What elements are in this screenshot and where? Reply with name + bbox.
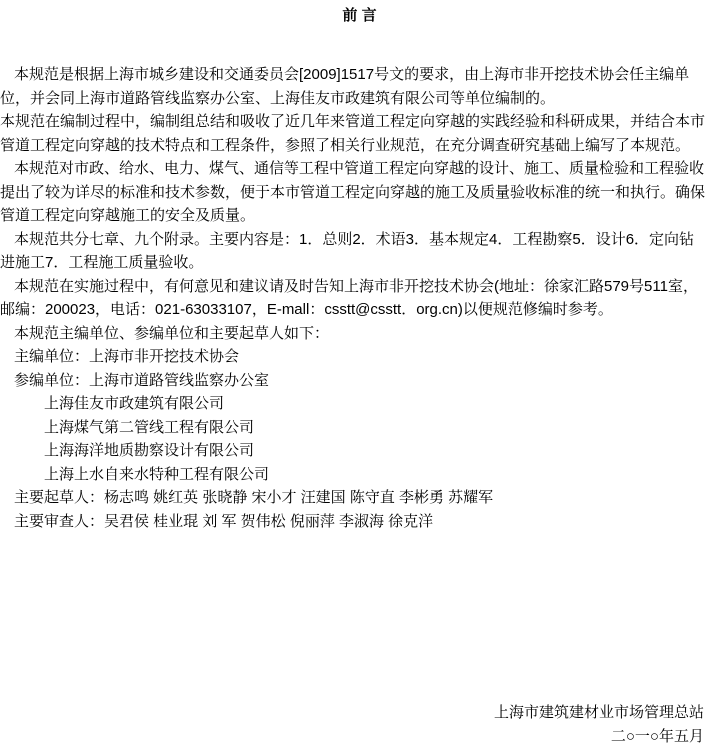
paragraph-scope: 本规范对市政、给水、电力、煤气、通信等工程中管道工程定向穿越的设计、施工、质量检… — [0, 157, 707, 228]
credit-participating-unit: 上海佳友市政建筑有限公司 — [0, 392, 707, 416]
credit-participating-unit: 参编单位：上海市道路管线监察办公室 — [0, 369, 707, 393]
page-title: 前 言 — [0, 0, 719, 25]
document-body: 本规范是根据上海市城乡建设和交通委员会[2009]1517号文的要求，由上海市非… — [0, 63, 719, 533]
document-footer: 上海市建筑建材业市场管理总站 二○一○年五月 — [494, 701, 704, 748]
credit-participating-unit: 上海上水自来水特种工程有限公司 — [0, 463, 707, 487]
paragraph-drafting-process: 本规范在编制过程中，编制组总结和吸收了近几年来管道工程定向穿越的实践经验和科研成… — [0, 110, 707, 157]
credit-chief-drafters: 主要起草人：杨志鸣 姚红英 张晓静 宋小才 汪建国 陈守直 李彬勇 苏耀军 — [0, 486, 707, 510]
credit-chief-reviewers: 主要审查人：吴君侯 桂业琨 刘 军 贺伟松 倪丽萍 李淑海 徐克洋 — [0, 510, 707, 534]
paragraph-contents: 本规范共分七章、九个附录。主要内容是：1．总则2．术语3．基本规定4．工程勘察5… — [0, 228, 707, 275]
credit-chief-editor-unit: 主编单位：上海市非开挖技术协会 — [0, 345, 707, 369]
credits-section: 主编单位：上海市非开挖技术协会 参编单位：上海市道路管线监察办公室 上海佳友市政… — [0, 345, 707, 533]
credit-participating-unit: 上海煤气第二管线工程有限公司 — [0, 416, 707, 440]
footer-organization: 上海市建筑建材业市场管理总站 — [494, 701, 704, 725]
credit-participating-unit: 上海海洋地质勘察设计有限公司 — [0, 439, 707, 463]
paragraph-basis: 本规范是根据上海市城乡建设和交通委员会[2009]1517号文的要求，由上海市非… — [0, 63, 707, 110]
paragraph-feedback-contact: 本规范在实施过程中，有何意见和建议请及时告知上海市非开挖技术协会(地址：徐家汇路… — [0, 275, 707, 322]
paragraph-credits-intro: 本规范主编单位、参编单位和主要起草人如下： — [0, 322, 707, 346]
document-page: 前 言 本规范是根据上海市城乡建设和交通委员会[2009]1517号文的要求，由… — [0, 0, 719, 748]
footer-date: 二○一○年五月 — [494, 725, 704, 748]
